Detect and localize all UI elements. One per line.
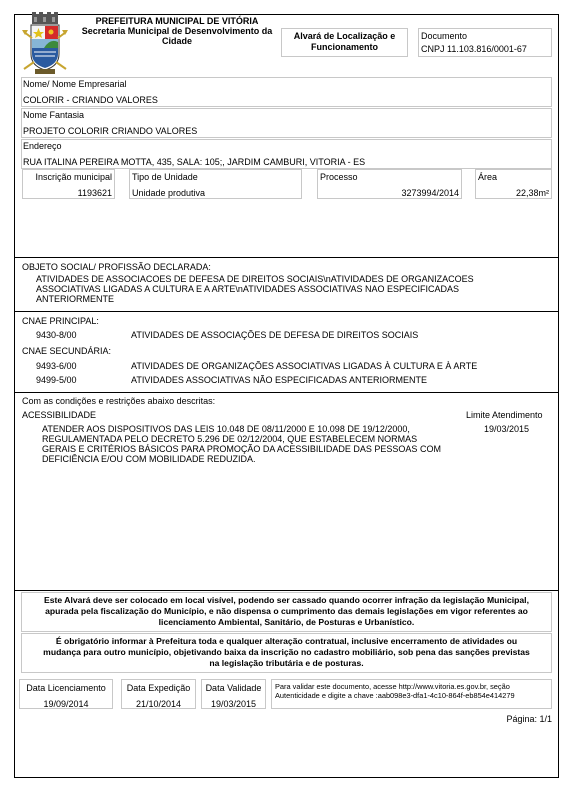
data-expedicao-box: Data Expedição 21/10/2014 [121, 679, 196, 709]
inscricao-label: Inscrição municipal [23, 170, 114, 183]
tipo-unidade-value: Unidade produtiva [130, 183, 301, 199]
cnae-secundaria-code: 9499-5/00 [36, 375, 77, 386]
doc-title-line-2: Funcionamento [282, 42, 407, 53]
notice-2-line: mudança para outro município, objetivand… [22, 647, 551, 658]
divider-objeto [14, 257, 559, 258]
processo-value: 3273994/2014 [318, 183, 461, 199]
cnae-secundaria-code: 9493-6/00 [36, 361, 77, 372]
document-label: Documento [419, 29, 551, 42]
cnae-secundaria-label: CNAE SECUNDÁRIA: [22, 346, 111, 357]
conditions-title: ACESSIBILIDADE [22, 410, 96, 421]
trade-name-value: PROJETO COLORIR CRIANDO VALORES [22, 121, 551, 137]
doc-title-line-1: Alvará de Localização e [282, 31, 407, 42]
notice-1-line: Este Alvará deve ser colocado em local v… [22, 595, 551, 606]
objeto-social-text: ATIVIDADES DE ASSOCIACOES DE DEFESA DE D… [36, 274, 474, 304]
objeto-social-line: ASSOCIATIVAS LIGADAS A CULTURA E A ARTE\… [36, 284, 474, 294]
company-name-value: COLORIR - CRIANDO VALORES [22, 90, 551, 106]
tipo-unidade-label: Tipo de Unidade [130, 170, 301, 183]
conditions-line: REGULAMENTADA PELO DECRETO 5.296 DE 02/1… [42, 434, 441, 444]
address-value: RUA ITALINA PEREIRA MOTTA, 435, SALA: 10… [22, 152, 551, 168]
company-name-label: Nome/ Nome Empresarial [22, 78, 551, 90]
conditions-line: DEFICIÊNCIA E/OU COM MOBILIDADE REDUZIDA… [42, 454, 441, 464]
limit-value: 19/03/2015 [484, 424, 529, 435]
validation-line-2: Autenticidade e digite a chave :aab098e3… [275, 691, 548, 700]
data-validade-box: Data Validade 19/03/2015 [201, 679, 266, 709]
data-expedicao-value: 21/10/2014 [122, 694, 195, 710]
area-label: Área [476, 170, 551, 183]
address-box: Endereço RUA ITALINA PEREIRA MOTTA, 435,… [21, 139, 552, 169]
data-licenciamento-box: Data Licenciamento 19/09/2014 [19, 679, 113, 709]
doc-title-box: Alvará de Localização e Funcionamento [281, 28, 408, 57]
objeto-social-line: ANTERIORMENTE [36, 294, 474, 304]
conditions-text: ATENDER AOS DISPOSITIVOS DAS LEIS 10.048… [42, 424, 441, 464]
company-name-box: Nome/ Nome Empresarial COLORIR - CRIANDO… [21, 77, 552, 107]
cnae-secundaria-desc: ATIVIDADES DE ORGANIZAÇÕES ASSOCIATIVAS … [131, 361, 477, 372]
objeto-social-line: ATIVIDADES DE ASSOCIACOES DE DEFESA DE D… [36, 274, 474, 284]
data-validade-label: Data Validade [202, 680, 265, 694]
address-label: Endereço [22, 140, 551, 152]
divider-cnae [14, 311, 559, 312]
divider-notices [14, 590, 559, 591]
cnae-principal-desc: ATIVIDADES DE ASSOCIAÇÕES DE DEFESA DE D… [131, 330, 418, 341]
processo-box: Processo 3273994/2014 [317, 169, 462, 199]
trade-name-label: Nome Fantasia [22, 109, 551, 121]
trade-name-box: Nome Fantasia PROJETO COLORIR CRIANDO VA… [21, 108, 552, 138]
objeto-social-label: OBJETO SOCIAL/ PROFISSÃO DECLARADA: [22, 262, 211, 273]
conditions-intro: Com as condições e restrições abaixo des… [22, 396, 215, 407]
validation-box: Para validar este documento, acesse http… [271, 679, 552, 709]
document-value: CNPJ 11.103.816/0001-67 [419, 42, 551, 55]
tipo-unidade-box: Tipo de Unidade Unidade produtiva [129, 169, 302, 199]
notice-2-line: É obrigatório informar à Prefeitura toda… [22, 636, 551, 647]
cnae-principal-code: 9430-8/00 [36, 330, 77, 341]
dept-line-1: Secretaria Municipal de Desenvolvimento … [72, 26, 282, 36]
org-name: PREFEITURA MUNICIPAL DE VITÓRIA [72, 16, 282, 26]
notice-1-line: apurada pela fiscalização do Município, … [22, 606, 551, 617]
data-validade-value: 19/03/2015 [202, 694, 265, 710]
processo-label: Processo [318, 170, 461, 183]
page-number: Página: 1/1 [500, 714, 552, 725]
inscricao-box: Inscrição municipal 1193621 [22, 169, 115, 199]
coat-of-arms-icon [20, 12, 70, 76]
document-box: Documento CNPJ 11.103.816/0001-67 [418, 28, 552, 57]
inscricao-value: 1193621 [23, 183, 114, 199]
area-value: 22,38m² [476, 183, 551, 199]
limit-label: Limite Atendimento [466, 410, 543, 421]
notice-2-line: na legislação tributária e de posturas. [22, 658, 551, 669]
area-box: Área 22,38m² [475, 169, 552, 199]
conditions-line: GERAIS E CRITÉRIOS BÁSICOS PARA PROMOÇÃO… [42, 444, 441, 454]
dept-line-2: Cidade [72, 36, 282, 46]
conditions-line: ATENDER AOS DISPOSITIVOS DAS LEIS 10.048… [42, 424, 441, 434]
notice-1-line: licenciamento Ambiental, Sanitário, de P… [22, 617, 551, 628]
notice-box-2: É obrigatório informar à Prefeitura toda… [21, 633, 552, 673]
divider-conditions [14, 392, 559, 393]
data-licenciamento-value: 19/09/2014 [20, 694, 112, 710]
data-licenciamento-label: Data Licenciamento [20, 680, 112, 694]
notice-box-1: Este Alvará deve ser colocado em local v… [21, 592, 552, 632]
header-org-block: PREFEITURA MUNICIPAL DE VITÓRIA Secretar… [72, 16, 282, 46]
validation-line-1: Para validar este documento, acesse http… [275, 682, 548, 691]
cnae-principal-label: CNAE PRINCIPAL: [22, 316, 99, 327]
data-expedicao-label: Data Expedição [122, 680, 195, 694]
cnae-secundaria-desc: ATIVIDADES ASSOCIATIVAS NÃO ESPECIFICADA… [131, 375, 427, 386]
